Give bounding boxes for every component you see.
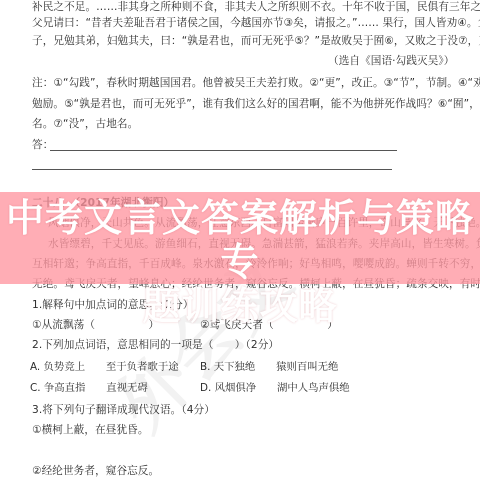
notes-line: 勉励。⑤“孰是君也，而可无死乎”，谁有我们这么好的国君啊，能不为他拼死作战吗？⑥… — [32, 97, 480, 111]
answer-line[interactable] — [50, 150, 397, 151]
answer-line[interactable] — [32, 169, 392, 170]
question-2-prompt: 2.下列加点词语，意思相同的一项是（ ）（2分） — [32, 338, 279, 352]
passage-line: 父兄请曰：“昔者夫差耻吾君于诸侯之国，今越国亦节③矣，请报之。”…… 果行，国人… — [32, 16, 480, 30]
question-3-item-1: ①横柯上蔽，在昼犹昏。 — [32, 423, 149, 437]
passage-line: 补民之不足。……非其身之所种则不食，非其夫人之所织则不衣。十年不收于国，民俱有三… — [32, 0, 480, 14]
option-key: A. — [30, 361, 40, 373]
passage-line: 子，兄勉其弟，妇勉其夫，曰：“孰是君也，而可无死乎⑤？”是故败吴于囿⑥，又败之于… — [32, 34, 480, 48]
option-text: 争高直指 直视无碍 — [44, 382, 148, 394]
option-text: 天下独绝 猿则百叫无绝 — [214, 361, 339, 373]
option-text: 负势竞上 至于负者歌于途 — [44, 361, 179, 373]
option-d[interactable]: D. 风烟俱净 湖中人鸟声俱绝 — [200, 381, 350, 395]
banner-title[interactable]: 中考文言文答案解析与策略专 题训练攻略 — [0, 196, 480, 328]
question-3-prompt: 3.将下列句子翻译成现代汉语。（4分） — [32, 403, 215, 417]
option-c[interactable]: C. 争高直指 直视无碍 — [30, 381, 148, 395]
option-a[interactable]: A. 负势竞上 至于负者歌于途 — [30, 360, 179, 374]
option-text: 风烟俱净 湖中人鸟声俱绝 — [215, 382, 350, 394]
notes-line: 注：①“勾践”，春秋时期越国国君。他曾被吴王夫差打败。②“更”，改正。③“节”，… — [32, 76, 480, 90]
option-key: C. — [30, 382, 41, 394]
option-b[interactable]: B. 天下独绝 猿则百叫无绝 — [200, 360, 338, 374]
option-key: D. — [200, 382, 211, 394]
passage-source: （选自《国语·勾践灭吴》） — [328, 54, 455, 68]
notes-line: 名。⑦“没”，古地名。 — [32, 117, 138, 131]
question-3-item-2: ②经纶世务者，窥谷忘反。 — [32, 464, 159, 478]
banner-title-line-1: 中考文言文答案解析与策略专 — [0, 196, 480, 284]
banner-title-line-2: 题训练攻略 — [0, 284, 480, 328]
option-key: B. — [200, 361, 210, 373]
